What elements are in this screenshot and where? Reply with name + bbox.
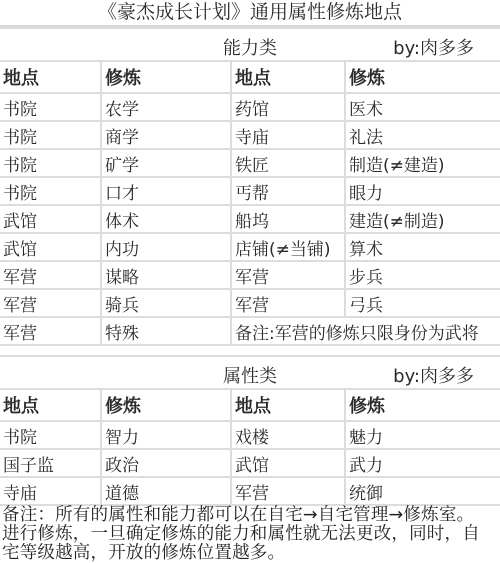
cell-place: 军营 <box>231 477 345 505</box>
cell-training: 谋略 <box>101 261 231 289</box>
cell-training: 建造(≠制造) <box>345 205 500 233</box>
footnote: 备注：所有的属性和能力都可以在自宅→自宅管理→修炼室。 进行修炼，一旦确定修炼的… <box>2 506 498 563</box>
cell-place: 军营 <box>0 289 101 317</box>
page-title: 《豪杰成长计划》通用属性修炼地点 <box>0 0 500 27</box>
footnote-line: 进行修炼，一旦确定修炼的能力和属性就无法更改，同时，自 <box>2 525 498 544</box>
cell-training: 武力 <box>345 449 500 477</box>
cell-place: 书院 <box>0 421 101 449</box>
cell-training: 口才 <box>101 177 231 205</box>
cell-note: 备注:军营的修炼只限身份为武将 <box>231 317 500 345</box>
table-row: 国子监 政治 武馆 武力 <box>0 449 500 477</box>
ability-table: 能力类 by:肉多多 地点 修炼 地点 修炼 书院 农学 药馆 医术 书院 商学… <box>0 27 500 346</box>
cell-training: 矿学 <box>101 149 231 177</box>
cell-training: 政治 <box>101 449 231 477</box>
table-row: 寺庙 道德 军营 统御 <box>0 477 500 505</box>
cell-training: 礼法 <box>345 121 500 149</box>
cell-place: 军营 <box>231 289 345 317</box>
table-row: 书院 矿学 铁匠 制造(≠建造) <box>0 149 500 177</box>
cell-training: 眼力 <box>345 177 500 205</box>
footnote-line: 宅等级越高，开放的修炼位置越多。 <box>2 544 498 563</box>
attribute-section-header: 属性类 by:肉多多 <box>0 356 500 389</box>
table-row: 武馆 内功 店铺(≠当铺) 算术 <box>0 233 500 261</box>
cell-place: 书院 <box>0 149 101 177</box>
cell-training: 统御 <box>345 477 500 505</box>
cell-training: 骑兵 <box>101 289 231 317</box>
footnote-line: 备注：所有的属性和能力都可以在自宅→自宅管理→修炼室。 <box>2 506 498 525</box>
cell-place: 铁匠 <box>231 149 345 177</box>
cell-training: 特殊 <box>101 317 231 345</box>
cell-place: 店铺(≠当铺) <box>231 233 345 261</box>
table-row: 武馆 体术 船坞 建造(≠制造) <box>0 205 500 233</box>
header-place: 地点 <box>231 389 345 421</box>
cell-training: 弓兵 <box>345 289 500 317</box>
cell-place: 武馆 <box>231 449 345 477</box>
cell-place: 军营 <box>0 261 101 289</box>
cell-training: 道德 <box>101 477 231 505</box>
author-label: by:肉多多 <box>393 362 474 388</box>
cell-place: 武馆 <box>0 233 101 261</box>
header-training: 修炼 <box>101 61 231 93</box>
cell-place: 寺庙 <box>0 477 101 505</box>
cell-training: 步兵 <box>345 261 500 289</box>
header-place: 地点 <box>231 61 345 93</box>
cell-training: 算术 <box>345 233 500 261</box>
cell-place: 丐帮 <box>231 177 345 205</box>
author-label: by:肉多多 <box>393 34 474 60</box>
cell-place: 船坞 <box>231 205 345 233</box>
table-row: 书院 智力 戏楼 魅力 <box>0 421 500 449</box>
table-row: 书院 农学 药馆 医术 <box>0 93 500 121</box>
cell-training: 体术 <box>101 205 231 233</box>
header-training: 修炼 <box>345 61 500 93</box>
table-row: 书院 口才 丐帮 眼力 <box>0 177 500 205</box>
cell-place: 书院 <box>0 93 101 121</box>
cell-training: 农学 <box>101 93 231 121</box>
cell-training: 智力 <box>101 421 231 449</box>
attribute-table: 属性类 by:肉多多 地点 修炼 地点 修炼 书院 智力 戏楼 魅力 国子监 政… <box>0 355 500 506</box>
cell-place: 书院 <box>0 121 101 149</box>
header-training: 修炼 <box>345 389 500 421</box>
table-row: 军营 特殊 备注:军营的修炼只限身份为武将 <box>0 317 500 345</box>
cell-place: 寺庙 <box>231 121 345 149</box>
table-header-row: 地点 修炼 地点 修炼 <box>0 61 500 93</box>
cell-place: 戏楼 <box>231 421 345 449</box>
header-place: 地点 <box>0 389 101 421</box>
cell-place: 药馆 <box>231 93 345 121</box>
table-header-row: 地点 修炼 地点 修炼 <box>0 389 500 421</box>
header-training: 修炼 <box>101 389 231 421</box>
cell-place: 书院 <box>0 177 101 205</box>
cell-place: 武馆 <box>0 205 101 233</box>
cell-training: 医术 <box>345 93 500 121</box>
ability-section-header: 能力类 by:肉多多 <box>0 28 500 61</box>
table-row: 书院 商学 寺庙 礼法 <box>0 121 500 149</box>
table-row: 军营 谋略 军营 步兵 <box>0 261 500 289</box>
table-row: 军营 骑兵 军营 弓兵 <box>0 289 500 317</box>
cell-training: 制造(≠建造) <box>345 149 500 177</box>
cell-place: 军营 <box>0 317 101 345</box>
cell-training: 魅力 <box>345 421 500 449</box>
cell-training: 内功 <box>101 233 231 261</box>
cell-training: 商学 <box>101 121 231 149</box>
header-place: 地点 <box>0 61 101 93</box>
cell-place: 军营 <box>231 261 345 289</box>
cell-place: 国子监 <box>0 449 101 477</box>
